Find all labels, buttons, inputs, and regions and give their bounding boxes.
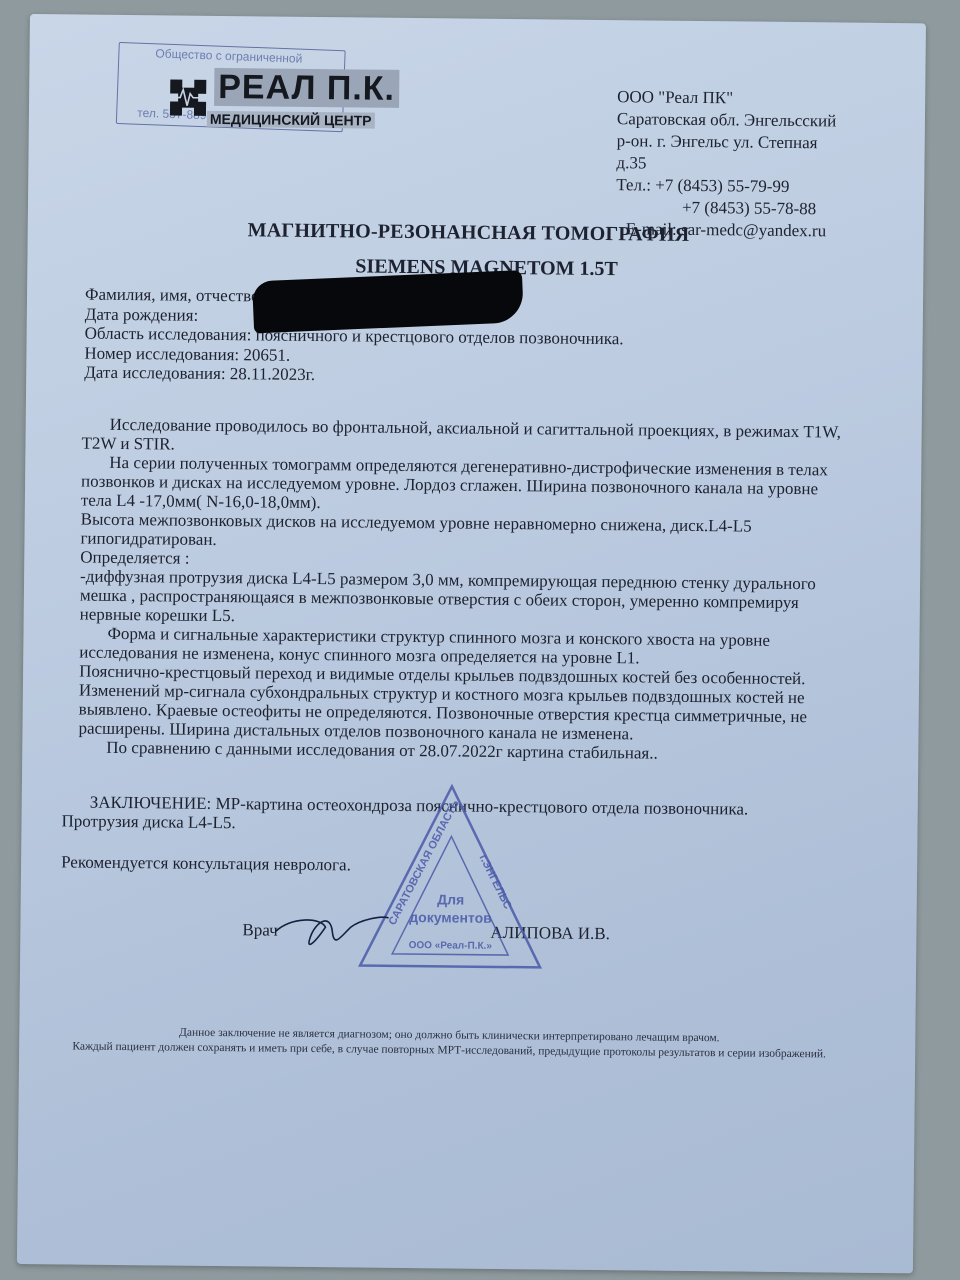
phone-primary: Тел.: +7 (8453) 55-79-99	[616, 174, 836, 198]
svg-text:ООО «Реал-П.К.»: ООО «Реал-П.К.»	[409, 940, 493, 952]
svg-text:г.ЭНГЕЛЬС: г.ЭНГЕЛЬС	[477, 853, 514, 911]
clinic-contacts: ООО "Реал ПК" Саратовская обл. Энгельсск…	[616, 86, 837, 242]
clinic-logo-name: РЕАЛ П.К.	[214, 68, 399, 108]
address-line: р-он. г. Энгельс ул. Степная	[617, 130, 837, 154]
company-name: ООО "Реал ПК"	[617, 86, 837, 110]
findings-paragraph: Высота межпозвонковых дисков на исследуе…	[80, 510, 850, 556]
findings-paragraph: Пояснично-крестцовый переход и видимые о…	[78, 662, 849, 746]
phone-secondary: +7 (8453) 55-78-88	[616, 196, 836, 220]
recommendation: Рекомендуется консультация невролога.	[61, 852, 351, 875]
findings-paragraph: На серии полученных томограмм определяют…	[81, 453, 852, 518]
stamp-line: Общество с ограниченной	[155, 46, 302, 65]
svg-text:САРАТОВСКАЯ ОБЛАСТЬ: САРАТОВСКАЯ ОБЛАСТЬ	[386, 798, 461, 927]
svg-text:документов: документов	[409, 909, 492, 926]
findings: Исследование проводилось во фронтальной,…	[78, 415, 852, 765]
findings-paragraph: -диффузная протрузия диска L4-L5 размеро…	[80, 567, 851, 632]
svg-text:Для: Для	[437, 891, 464, 907]
address-line: д.35	[616, 152, 836, 176]
clinic-logo-subtitle: МЕДИЦИНСКИЙ ЦЕНТР	[207, 111, 375, 129]
document-title: МАГНИТНО-РЕЗОНАНСНАЯ ТОМОГРАФИЯ	[248, 219, 690, 247]
disclaimer: Данное заключение не является диагнозом;…	[49, 1024, 849, 1062]
document-sheet: Общество с ограниченной тел. 557-889, 49…	[17, 14, 926, 1273]
address-line: Саратовская обл. Энгельсский	[617, 108, 837, 132]
doctor-signature	[270, 897, 391, 958]
medical-cross-icon	[166, 75, 210, 119]
